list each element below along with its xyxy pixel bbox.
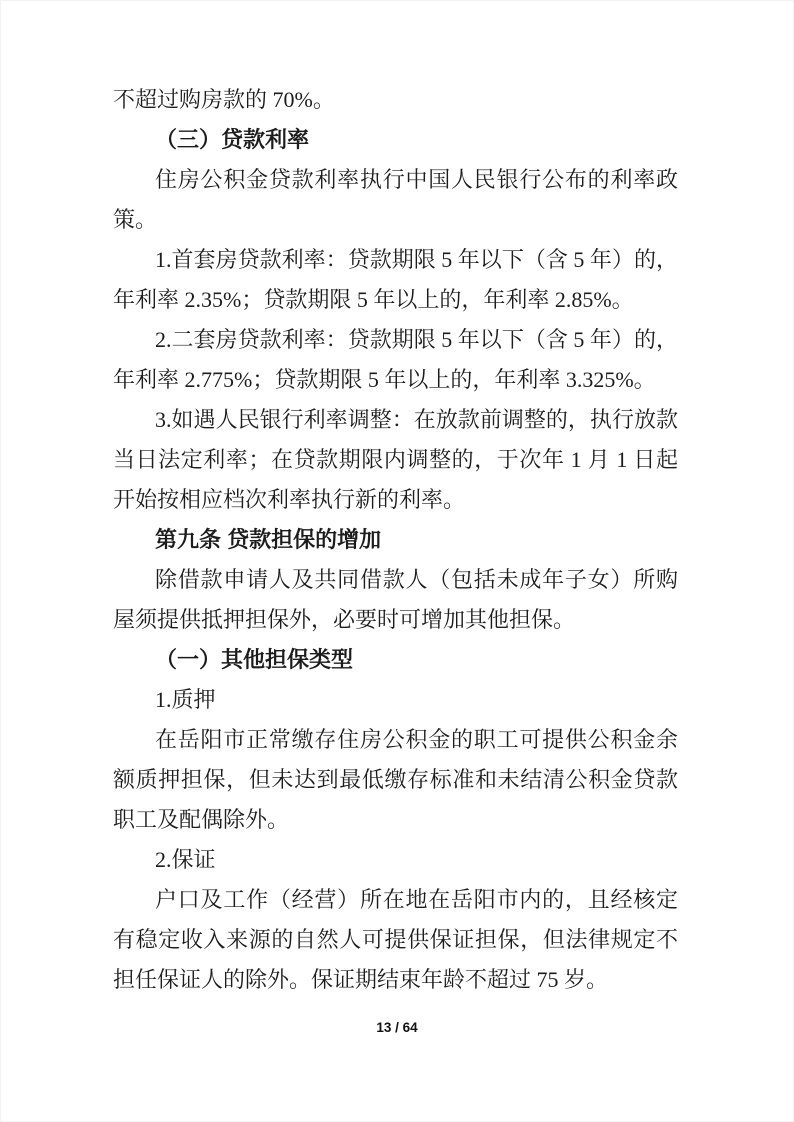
text-line: 屋须提供抵押担保外，必要时可增加其他担保。: [113, 600, 678, 640]
text-line: 住房公积金贷款利率执行中国人民银行公布的利率政: [113, 160, 678, 200]
text-line: 当日法定利率；在贷款期限内调整的，于次年 1 月 1 日起: [113, 440, 678, 480]
text-line: 在岳阳市正常缴存住房公积金的职工可提供公积金余: [113, 720, 678, 760]
text-line: 职工及配偶除外。: [113, 800, 678, 840]
text-line: 1.质押: [113, 680, 678, 720]
section-heading: （一）其他担保类型: [113, 640, 678, 680]
page-number: 13 / 64: [0, 1020, 794, 1035]
text-line: 有稳定收入来源的自然人可提供保证担保，但法律规定不得: [113, 920, 678, 960]
section-heading: （三）贷款利率: [113, 120, 678, 160]
article-heading: 第九条 贷款担保的增加: [113, 520, 678, 560]
document-page: 不超过购房款的 70%。 （三）贷款利率 住房公积金贷款利率执行中国人民银行公布…: [0, 0, 794, 1122]
text-line: 额质押担保，但未达到最低缴存标准和未结清公积金贷款的: [113, 760, 678, 800]
text-line: 担任保证人的除外。保证期结束年龄不超过 75 岁。: [113, 960, 678, 1000]
text-line: 策。: [113, 200, 678, 240]
text-line: 年利率 2.775%；贷款期限 5 年以上的，年利率 3.325%。: [113, 360, 678, 400]
text-line: 户口及工作（经营）所在地在岳阳市内的，且经核定具: [113, 880, 678, 920]
text-line: 2.二套房贷款利率：贷款期限 5 年以下（含 5 年）的，: [113, 320, 678, 360]
text-line: 年利率 2.35%；贷款期限 5 年以上的，年利率 2.85%。: [113, 280, 678, 320]
text-line: 1.首套房贷款利率：贷款期限 5 年以下（含 5 年）的，: [113, 240, 678, 280]
text-line: 不超过购房款的 70%。: [113, 80, 678, 120]
text-line: 开始按相应档次利率执行新的利率。: [113, 480, 678, 520]
document-body: 不超过购房款的 70%。 （三）贷款利率 住房公积金贷款利率执行中国人民银行公布…: [113, 80, 678, 1000]
text-line: 3.如遇人民银行利率调整：在放款前调整的，执行放款: [113, 400, 678, 440]
text-line: 2.保证: [113, 840, 678, 880]
text-line: 除借款申请人及共同借款人（包括未成年子女）所购房: [113, 560, 678, 600]
